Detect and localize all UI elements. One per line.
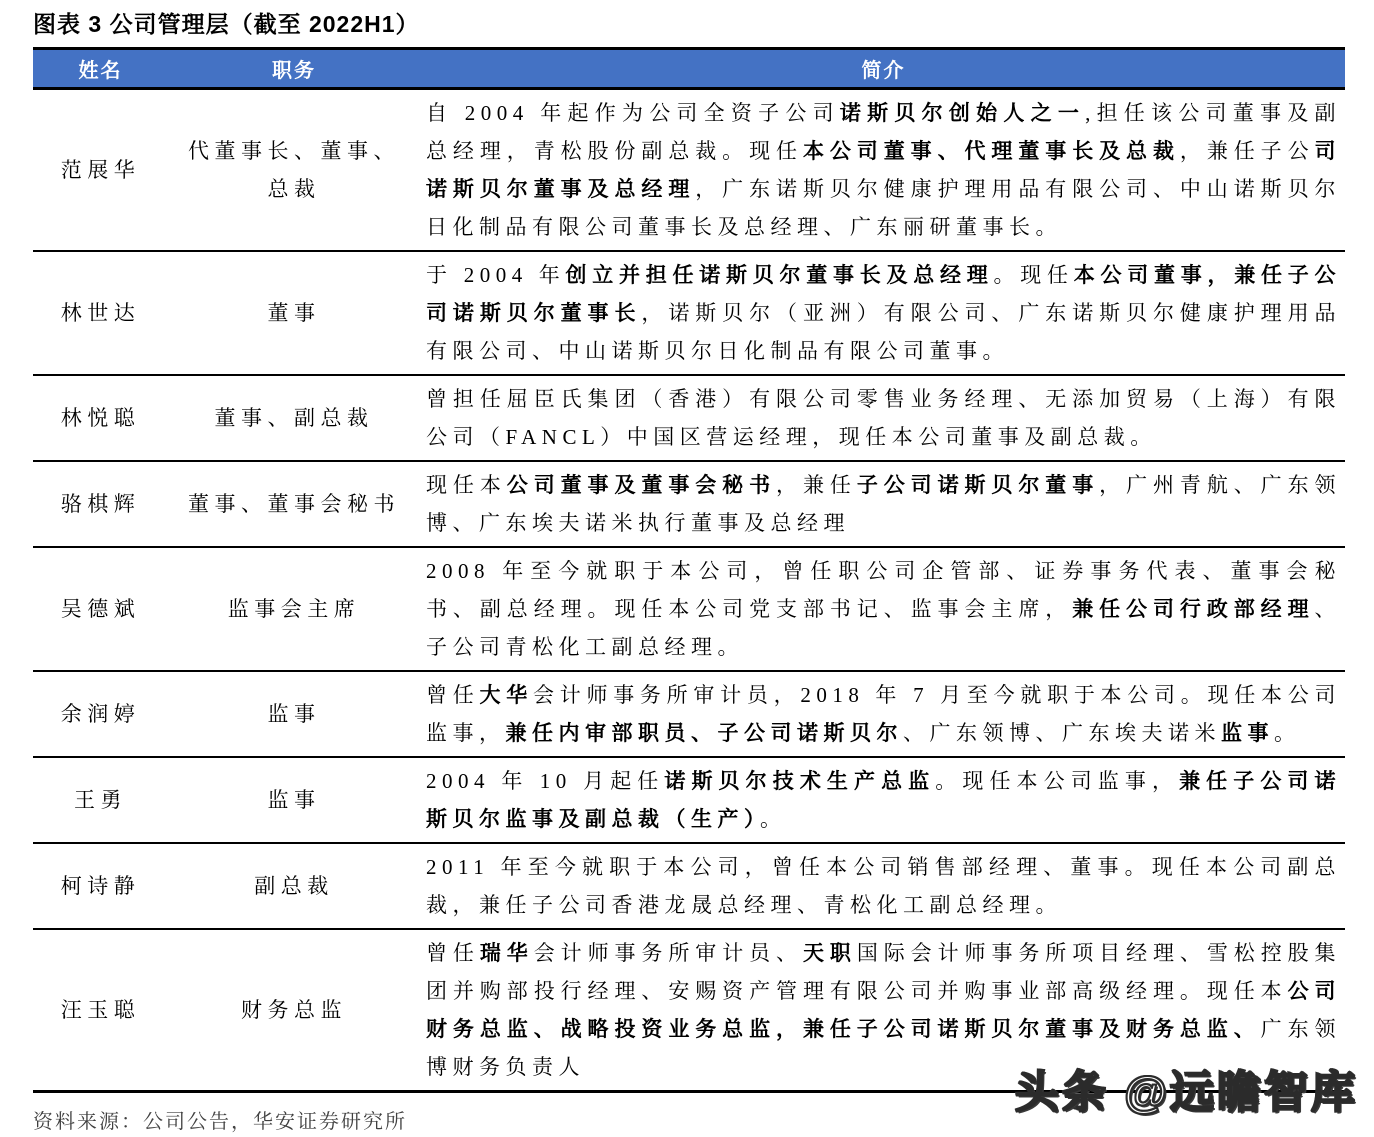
table-header-row: 姓名 职务 简介 (33, 50, 1345, 90)
position-cell: 监事会主席 (168, 548, 420, 670)
position-cell: 监事 (168, 672, 420, 756)
bio-cell: 2004 年 10 月起任诺斯贝尔技术生产总监。现任本公司监事，兼任子公司诺斯贝… (420, 758, 1345, 842)
bio-cell: 2008 年至今就职于本公司，曾任职公司企管部、证券事务代表、董事会秘书、副总经… (420, 548, 1345, 670)
position-cell: 副总裁 (168, 844, 420, 928)
name-cell: 林世达 (33, 252, 168, 374)
table-row: 余润婷 监事 曾任大华会计师事务所审计员，2018 年 7 月至今就职于本公司。… (33, 672, 1345, 758)
position-cell: 财务总监 (168, 930, 420, 1090)
name-cell: 王勇 (33, 758, 168, 842)
name-cell: 骆棋辉 (33, 462, 168, 546)
header-cell-bio: 简介 (420, 54, 1345, 83)
position-cell: 监事 (168, 758, 420, 842)
report-page: 图表 3 公司管理层（截至 2022H1） 姓名 职务 简介 范展华 代董事长、… (0, 0, 1374, 1134)
position-cell: 董事、董事会秘书 (168, 462, 420, 546)
bio-cell: 曾担任屈臣氏集团（香港）有限公司零售业务经理、无添加贸易（上海）有限公司（FAN… (420, 376, 1345, 460)
table-row: 林悦聪 董事、副总裁 曾担任屈臣氏集团（香港）有限公司零售业务经理、无添加贸易（… (33, 376, 1345, 462)
bio-cell: 于 2004 年创立并担任诺斯贝尔董事长及总经理。现任本公司董事，兼任子公司诺斯… (420, 252, 1345, 374)
bio-cell: 现任本公司董事及董事会秘书，兼任子公司诺斯贝尔董事，广州青航、广东领博、广东埃夫… (420, 462, 1345, 546)
name-cell: 柯诗静 (33, 844, 168, 928)
table-row: 吴德斌 监事会主席 2008 年至今就职于本公司，曾任职公司企管部、证券事务代表… (33, 548, 1345, 672)
bio-cell: 自 2004 年起作为公司全资子公司诺斯贝尔创始人之一,担任该公司董事及副总经理… (420, 90, 1345, 250)
table-row: 骆棋辉 董事、董事会秘书 现任本公司董事及董事会秘书，兼任子公司诺斯贝尔董事，广… (33, 462, 1345, 548)
page-title: 图表 3 公司管理层（截至 2022H1） (33, 6, 1345, 39)
name-cell: 余润婷 (33, 672, 168, 756)
table-row: 林世达 董事 于 2004 年创立并担任诺斯贝尔董事长及总经理。现任本公司董事，… (33, 252, 1345, 376)
position-cell: 代董事长、董事、总裁 (168, 90, 420, 250)
management-table: 姓名 职务 简介 范展华 代董事长、董事、总裁 自 2004 年起作为公司全资子… (33, 47, 1345, 1093)
position-cell: 董事、副总裁 (168, 376, 420, 460)
name-cell: 林悦聪 (33, 376, 168, 460)
name-cell: 汪玉聪 (33, 930, 168, 1090)
watermark: 头条 @远瞻智库 (1015, 1056, 1358, 1120)
name-cell: 范展华 (33, 90, 168, 250)
bio-cell: 2011 年至今就职于本公司，曾任本公司销售部经理、董事。现任本公司副总裁，兼任… (420, 844, 1345, 928)
table-row: 范展华 代董事长、董事、总裁 自 2004 年起作为公司全资子公司诺斯贝尔创始人… (33, 90, 1345, 252)
header-cell-name: 姓名 (33, 54, 168, 83)
position-cell: 董事 (168, 252, 420, 374)
name-cell: 吴德斌 (33, 548, 168, 670)
table-row: 王勇 监事 2004 年 10 月起任诺斯贝尔技术生产总监。现任本公司监事，兼任… (33, 758, 1345, 844)
table-row: 柯诗静 副总裁 2011 年至今就职于本公司，曾任本公司销售部经理、董事。现任本… (33, 844, 1345, 930)
header-cell-position: 职务 (168, 54, 420, 83)
bio-cell: 曾任大华会计师事务所审计员，2018 年 7 月至今就职于本公司。现任本公司监事… (420, 672, 1345, 756)
table-body: 范展华 代董事长、董事、总裁 自 2004 年起作为公司全资子公司诺斯贝尔创始人… (33, 90, 1345, 1090)
